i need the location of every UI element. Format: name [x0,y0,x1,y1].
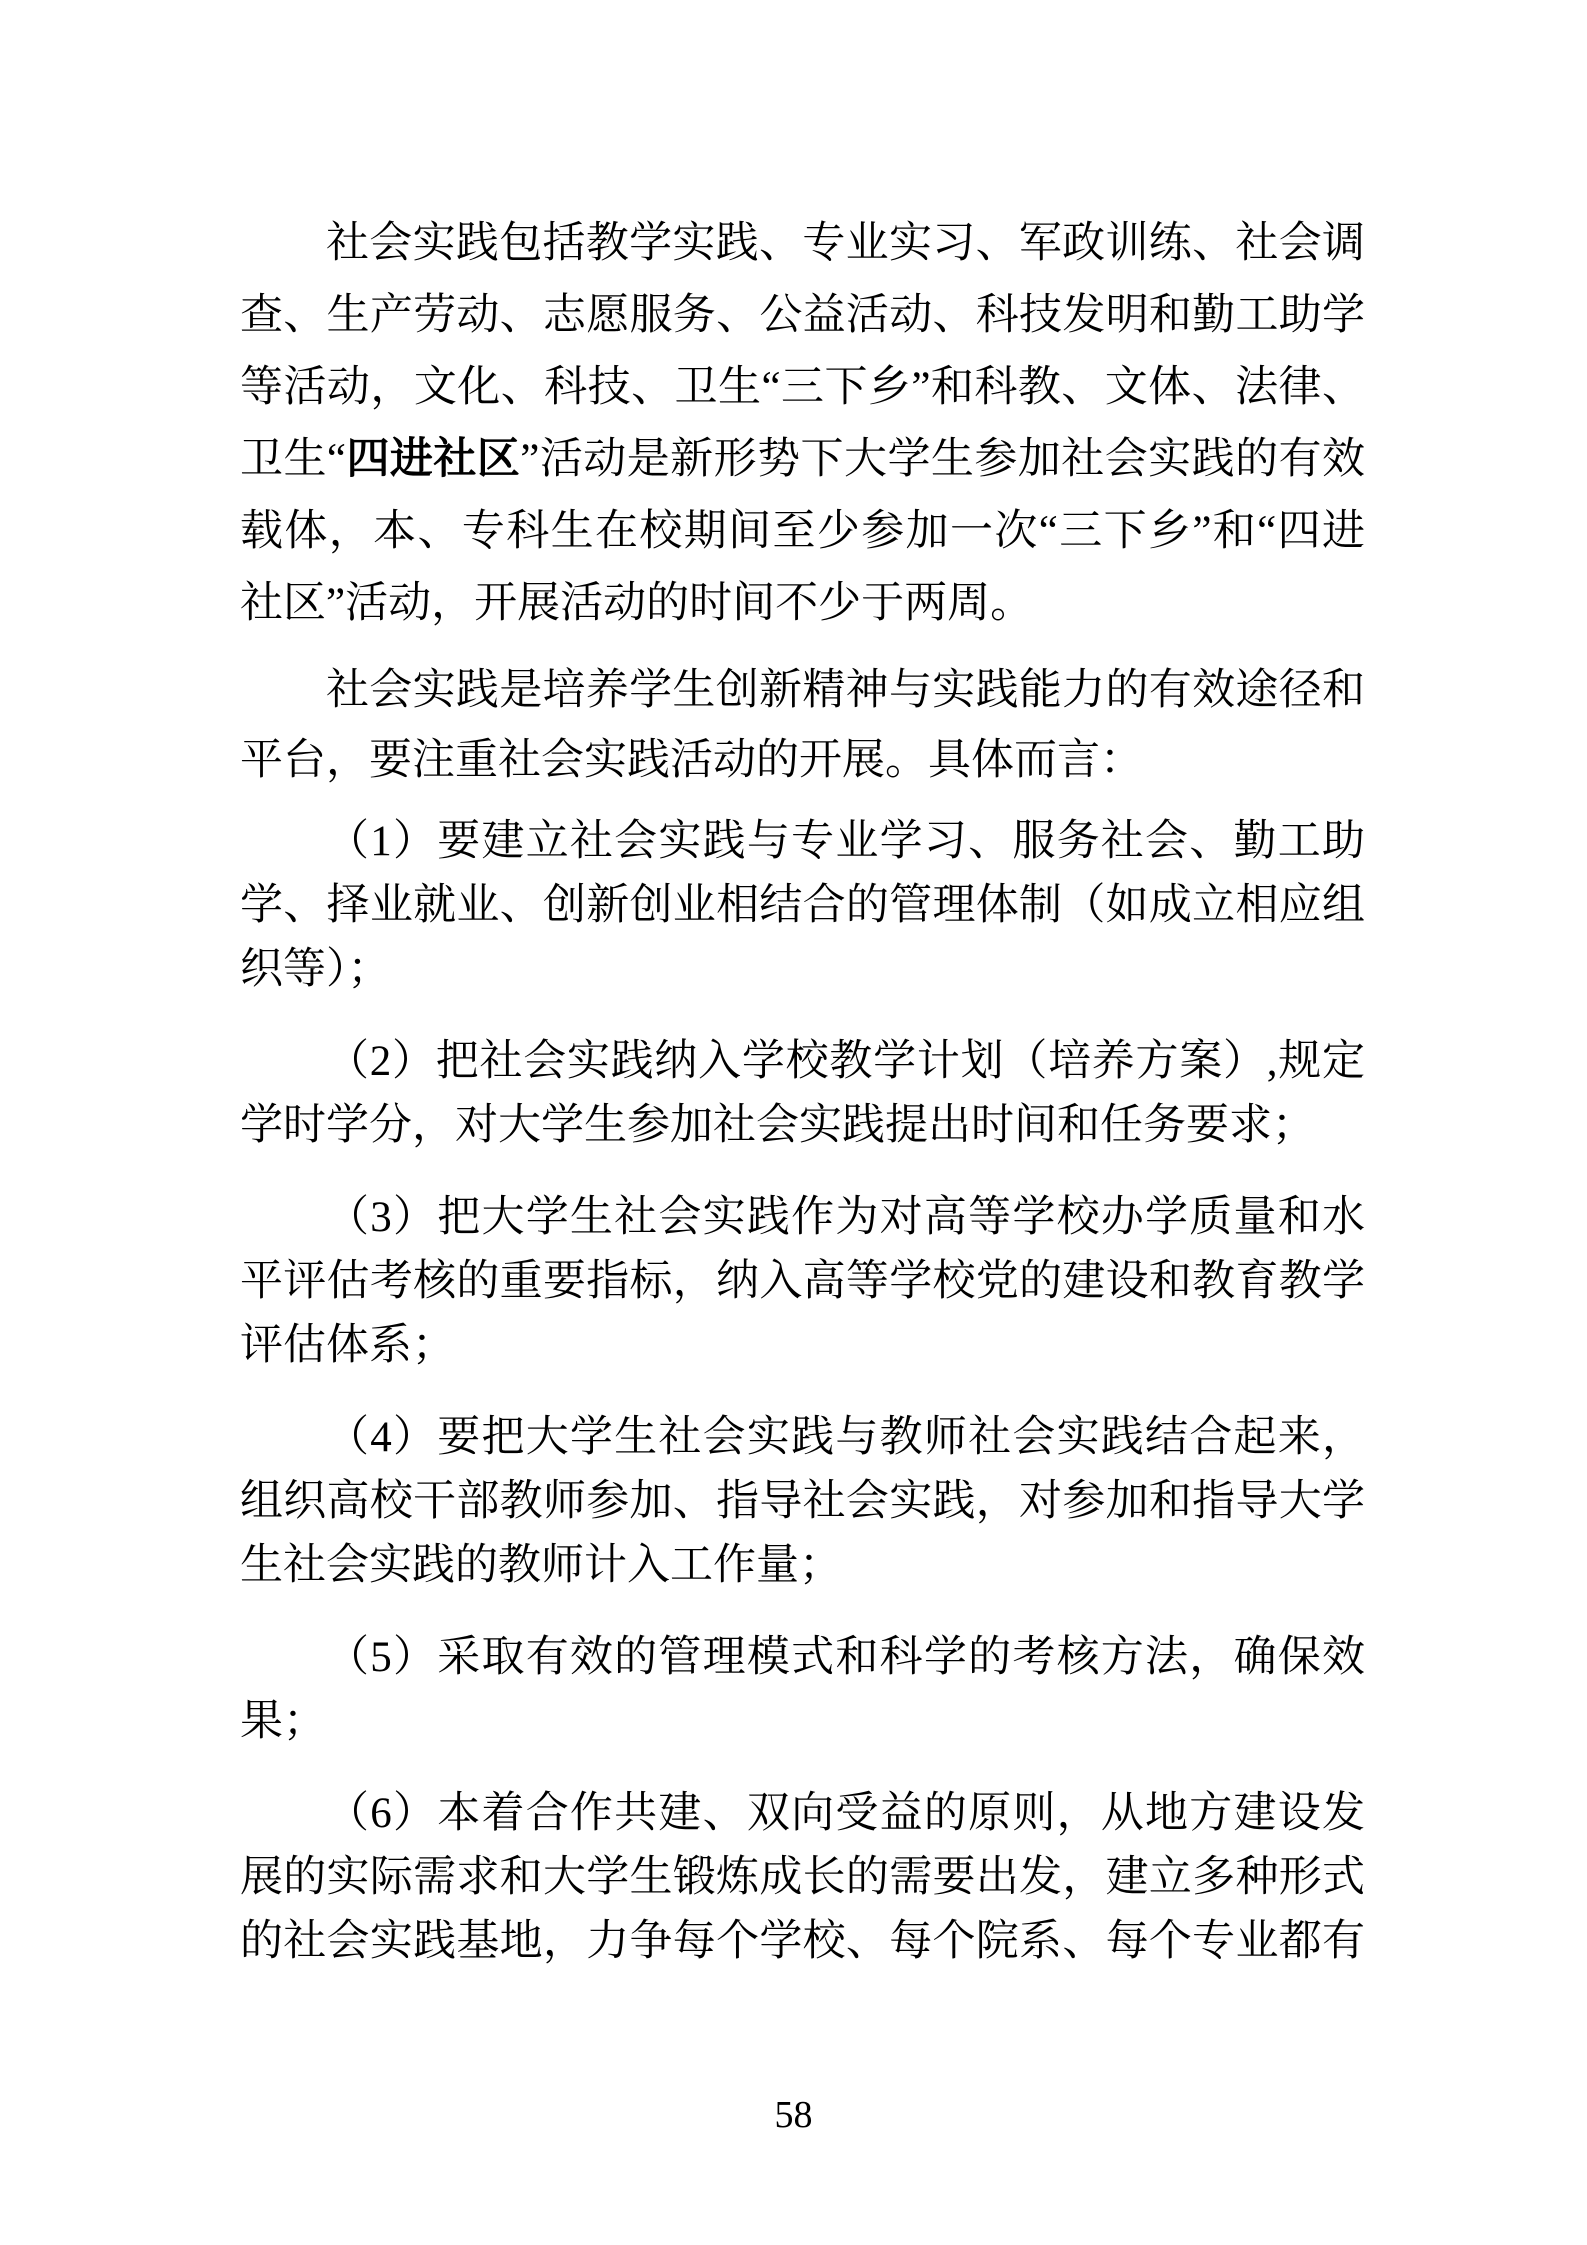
list-item-3: （3）把大学生社会实践作为对高等学校办学质量和水平评估考核的重要指标，纳入高等学… [240,1186,1365,1378]
list-item-1: （1）要建立社会实践与专业学习、服务社会、勤工助学、择业就业、创新创业相结合的管… [240,810,1365,1002]
page-number: 58 [775,2094,813,2136]
document-content: 社会实践包括教学实践、专业实习、军政训练、社会调查、生产劳动、志愿服务、公益活动… [240,208,1365,1974]
list-item-5: （5）采取有效的管理模式和科学的考核方法，确保效果； [240,1626,1365,1754]
paragraph-social-practice-scope: 社会实践包括教学实践、专业实习、军政训练、社会调查、生产劳动、志愿服务、公益活动… [240,208,1365,640]
list-item-4: （4）要把大学生社会实践与教师社会实践结合起来，组织高校干部教师参加、指导社会实… [240,1406,1365,1598]
paragraph-lead-in: 社会实践是培养学生创新精神与实践能力的有效途径和平台，要注重社会实践活动的开展。… [240,656,1365,796]
page-footer: 58 [0,2093,1587,2137]
document-page: 社会实践包括教学实践、专业实习、军政训练、社会调查、生产劳动、志愿服务、公益活动… [0,0,1587,2245]
list-item-2: （2）把社会实践纳入学校教学计划（培养方案）,规定学时学分，对大学生参加社会实践… [240,1030,1365,1158]
list-item-6: （6）本着合作共建、双向受益的原则，从地方建设发展的实际需求和大学生锻炼成长的需… [240,1782,1365,1974]
para1-bold-phrase: 四进社区 [346,436,520,483]
